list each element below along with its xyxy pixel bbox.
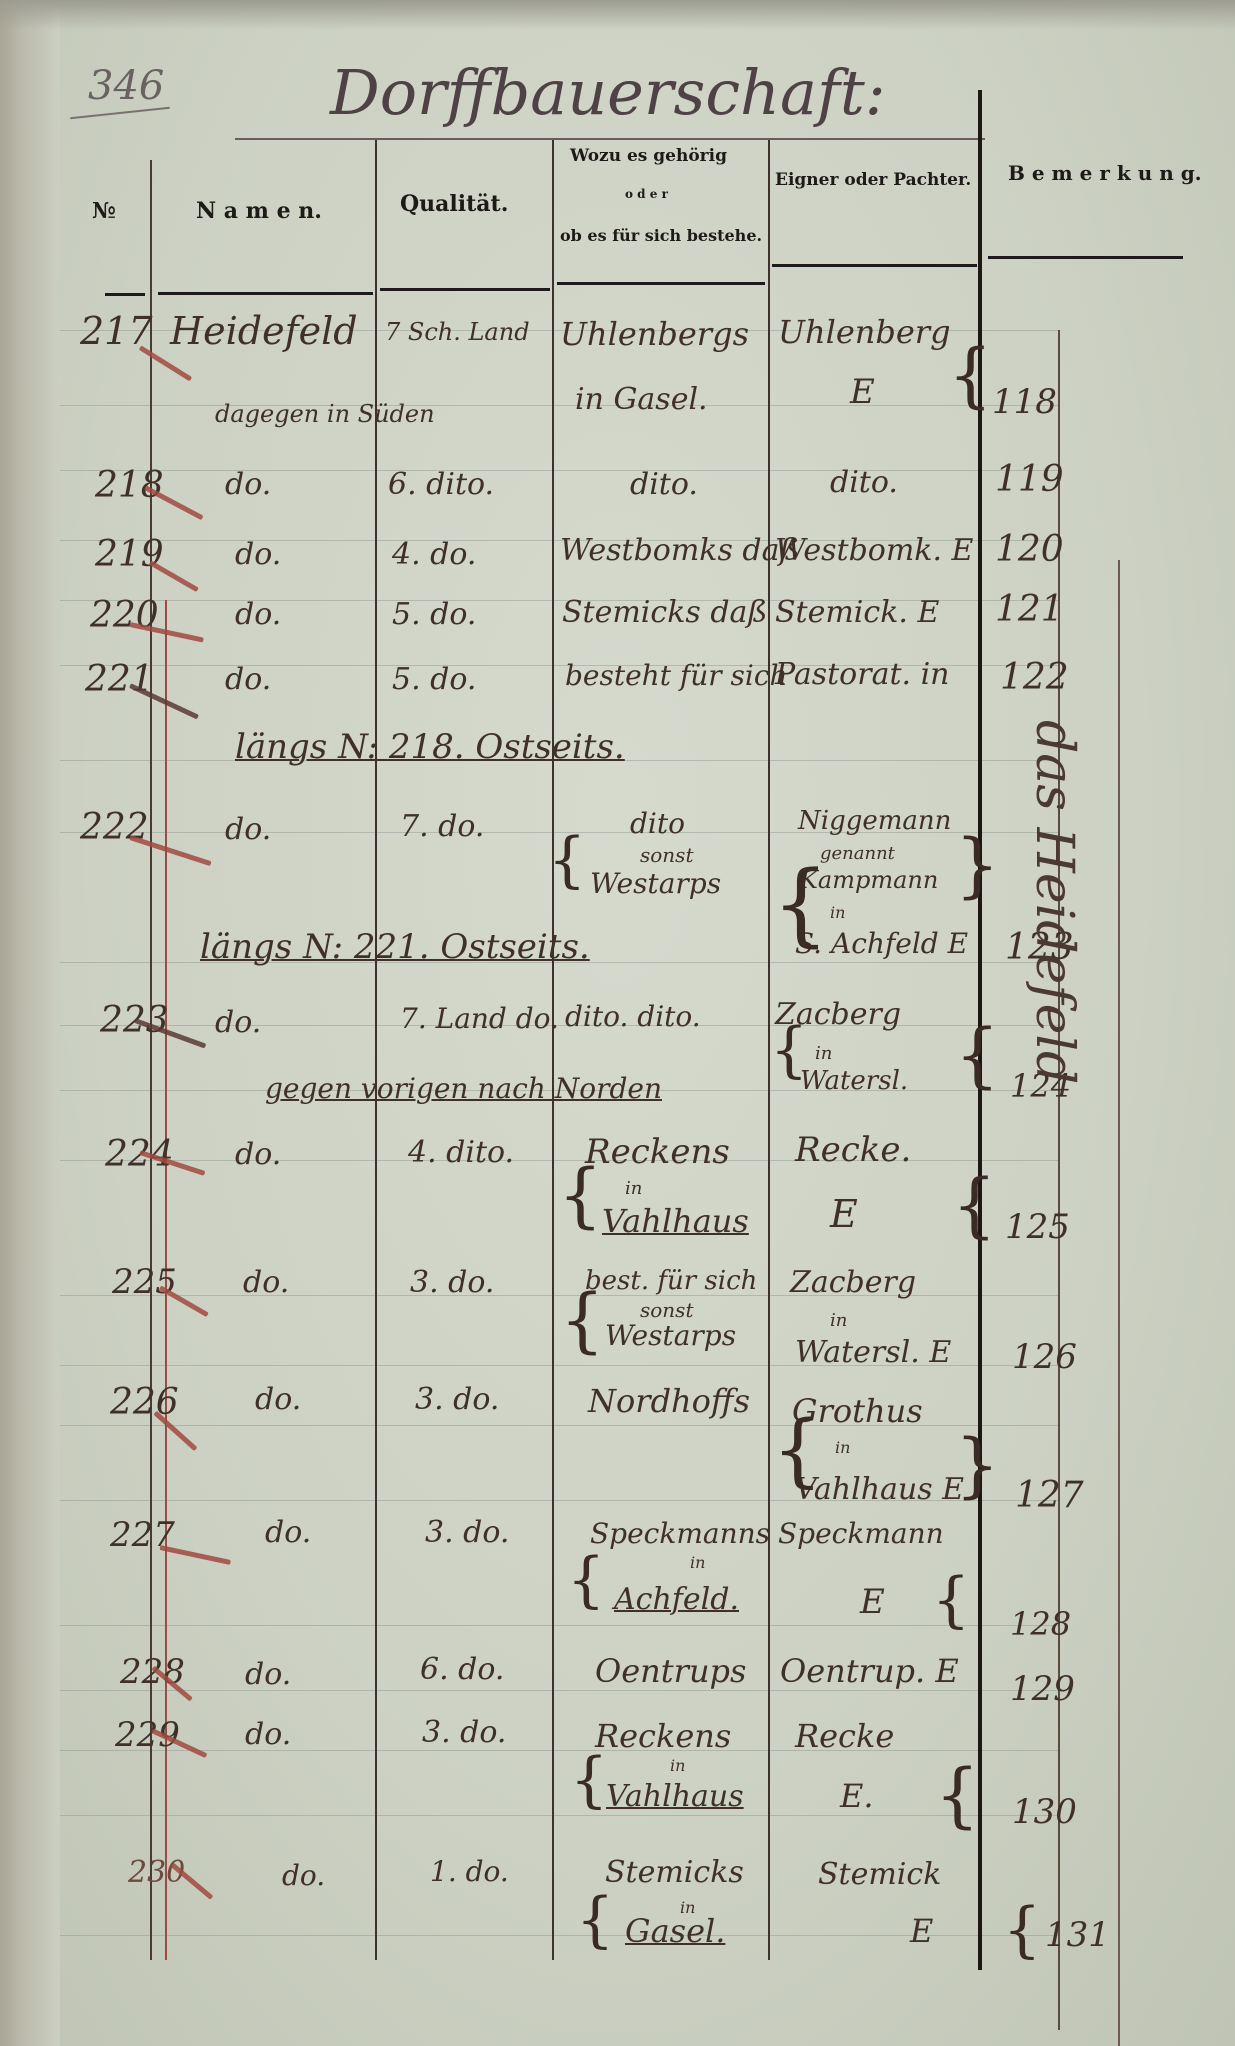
row-owner: Uhlenberg xyxy=(778,316,951,348)
brace: } xyxy=(955,830,1000,900)
row-remark: 119 xyxy=(995,462,1064,498)
row-belongs: best. für sich xyxy=(585,1268,757,1294)
row-belongs: Nordhoffs xyxy=(588,1385,750,1417)
header-rule xyxy=(557,282,765,285)
row-owner: Oentrup. E xyxy=(780,1655,959,1687)
row-remark: 127 xyxy=(1015,1478,1084,1514)
brace: { xyxy=(948,340,993,410)
ruled-line xyxy=(60,1815,1060,1816)
row-remark: 129 xyxy=(1010,1672,1075,1706)
row-belongs: Uhlenbergs xyxy=(560,318,749,350)
row-owner: Pastorat. in xyxy=(775,660,950,690)
row-owner-line2: E xyxy=(860,1585,885,1619)
red-check-mark xyxy=(149,560,199,592)
row-remark: 131 xyxy=(1045,1918,1110,1952)
row-number: 230 xyxy=(128,1858,185,1888)
red-check-mark xyxy=(129,835,211,866)
row-quality: 3. do. xyxy=(425,1518,509,1548)
row-name: do. xyxy=(255,1385,301,1415)
row-remark: 126 xyxy=(1012,1340,1077,1374)
header-col-name: N a m e n. xyxy=(196,200,322,222)
ledger-page: 346 Dorffbauerschaft: № N a m e n. Quali… xyxy=(0,0,1235,2046)
row-belongs: dito xyxy=(630,810,685,838)
ruled-line xyxy=(60,1625,1060,1626)
row-owner-line2: E. xyxy=(840,1780,874,1812)
header-rule xyxy=(105,293,145,296)
row-owner: Recke xyxy=(795,1720,894,1752)
row-belongs-line2: in xyxy=(690,1555,705,1571)
row-owner: Zacberg xyxy=(790,1268,916,1298)
row-belongs-line3: Westarps xyxy=(605,1322,736,1350)
row-belongs: Reckens xyxy=(595,1720,731,1752)
ruled-line xyxy=(60,470,1060,471)
row-owner-line3: Watersl. E xyxy=(795,1338,951,1368)
brace: { xyxy=(570,1750,608,1810)
row-belongs-line3: Vahlhaus xyxy=(602,1205,749,1237)
header-col-belongs-line3: ob es für sich bestehe. xyxy=(560,228,762,244)
row-belongs-line2: in xyxy=(670,1758,685,1774)
row-name: do. xyxy=(235,540,281,570)
row-quality: 5. do. xyxy=(392,665,476,695)
row-remark: 121 xyxy=(995,592,1064,628)
header-col-owner: Eigner oder Pachter. xyxy=(775,172,971,189)
title-underline xyxy=(235,138,985,140)
row-belongs-line2: in xyxy=(625,1180,642,1198)
brace: { xyxy=(567,1550,605,1610)
brace: { xyxy=(548,830,586,890)
row-belongs: dito. xyxy=(630,470,698,500)
row-owner-line2: E xyxy=(850,375,875,409)
row-belongs: dito. dito. xyxy=(565,1003,701,1031)
section-note: längs N: 218. Ostseits. xyxy=(235,730,625,764)
row-owner-line2: E xyxy=(830,1195,858,1233)
row-owner-line2: in xyxy=(835,1440,850,1456)
header-col-belongs-line2: o d e r xyxy=(625,188,668,200)
row-owner-line3: Watersl. xyxy=(800,1068,908,1094)
header-col-remark: B e m e r k u n g. xyxy=(1008,163,1202,183)
brace: { xyxy=(935,1760,980,1830)
row-quality: 7 Sch. Land xyxy=(385,320,530,344)
row-owner: Stemick. E xyxy=(775,598,939,628)
row-name: do. xyxy=(225,665,271,695)
row-quality: 7. Land do. xyxy=(400,1005,559,1033)
row-belongs: Oentrups xyxy=(595,1655,746,1687)
row-quality: 3. do. xyxy=(422,1718,506,1748)
row-owner-line2: genannt xyxy=(820,845,895,863)
column-divider-quality xyxy=(552,140,554,1960)
row-quality: 5. do. xyxy=(392,600,476,630)
brace: { xyxy=(576,1890,614,1950)
brace: { xyxy=(558,1160,603,1230)
header-col-quality: Qualität. xyxy=(400,193,508,215)
row-name: Heidefeld xyxy=(170,312,358,350)
brace: { xyxy=(1003,1900,1041,1960)
row-owner: Speckmann xyxy=(778,1520,944,1548)
brace: { xyxy=(932,1570,970,1630)
ruled-line xyxy=(60,1690,1060,1691)
row-name: do. xyxy=(225,470,271,500)
row-number: 226 xyxy=(110,1385,179,1421)
row-quality: 6. dito. xyxy=(388,470,494,500)
row-owner: Stemick xyxy=(818,1860,941,1890)
row-name: do. xyxy=(245,1660,291,1690)
header-rule xyxy=(380,288,550,291)
header-rule xyxy=(988,256,1183,259)
row-name: do. xyxy=(235,1140,281,1170)
row-owner-line4: in xyxy=(830,905,845,921)
brace: { xyxy=(772,1410,823,1490)
remark-inner-rule xyxy=(1058,330,1060,2030)
row-quality: 1. do. xyxy=(430,1858,509,1886)
row-belongs-line2: sonst xyxy=(640,845,694,865)
ruled-line xyxy=(60,1750,1060,1751)
margin-note-rule xyxy=(1118,560,1120,2046)
brace: } xyxy=(955,1430,1000,1500)
row-owner-line2: in xyxy=(815,1045,832,1063)
row-belongs-line3: Achfeld. xyxy=(614,1585,739,1615)
row-belongs: Stemicks daß xyxy=(562,598,767,628)
row-remark: 120 xyxy=(995,532,1064,568)
row-number: 217 xyxy=(80,312,153,350)
row-belongs-line2: in Gasel. xyxy=(575,385,708,415)
row-name: do. xyxy=(235,600,281,630)
row-quality: 3. do. xyxy=(415,1385,499,1415)
row-name: do. xyxy=(245,1720,291,1750)
row-name: do. xyxy=(282,1862,325,1890)
brace: { xyxy=(952,1170,997,1240)
row-name: do. xyxy=(265,1518,311,1548)
row-remark: 128 xyxy=(1010,1608,1071,1640)
ruled-line xyxy=(60,405,1060,406)
row-owner: Westbomk. E xyxy=(775,536,973,566)
ruled-line xyxy=(60,1025,1060,1026)
row-belongs-line3: Vahlhaus xyxy=(606,1782,744,1812)
header-col-belongs-line1: Wozu es gehörig xyxy=(570,148,727,165)
margin-note-vertical: das Heidefeld xyxy=(1028,720,1080,1084)
row-owner: Recke. xyxy=(795,1133,911,1167)
row-owner: dito. xyxy=(830,468,898,498)
row-belongs-line3: Gasel. xyxy=(625,1915,725,1947)
section-note: gegen vorigen nach Norden xyxy=(265,1075,662,1103)
section-note: längs N: 221. Ostseits. xyxy=(200,930,590,964)
row-quality: 4. do. xyxy=(392,540,476,570)
brace: { xyxy=(772,860,829,950)
row-remark: 122 xyxy=(1000,660,1069,696)
row-quality: 3. do. xyxy=(410,1268,494,1298)
row-belongs: Speckmanns xyxy=(590,1520,770,1548)
row-name: do. xyxy=(243,1268,289,1298)
row-belongs: Stemicks xyxy=(605,1858,744,1888)
header-rule xyxy=(772,264,977,267)
row-remark: 125 xyxy=(1005,1210,1070,1244)
row-belongs: Reckens xyxy=(585,1135,730,1169)
row-owner: Niggemann xyxy=(798,808,951,834)
header-rule xyxy=(158,292,373,295)
row-belongs-line2: sonst xyxy=(640,1300,694,1320)
row-quality: 6. do. xyxy=(420,1655,504,1685)
row-belongs-line3: Westarps xyxy=(590,870,721,898)
brace: { xyxy=(560,1285,605,1355)
row-owner-line2: E xyxy=(910,1915,933,1947)
row-belongs: besteht für sich xyxy=(565,662,788,690)
row-name: do. xyxy=(215,1008,261,1038)
page-number: 346 xyxy=(88,66,164,106)
row-name: do. xyxy=(225,815,271,845)
page-top-shadow xyxy=(0,0,1235,30)
row-quality: 7. do. xyxy=(400,812,484,842)
brace: { xyxy=(770,1020,808,1080)
book-binding-edge xyxy=(0,0,60,2046)
row-number: 218 xyxy=(95,468,164,504)
row-remark: 118 xyxy=(992,385,1057,419)
brace: { xyxy=(955,1020,1000,1090)
row-belongs: Westbomks daß xyxy=(560,536,800,566)
page-title: Dorffbauerschaft: xyxy=(330,62,886,124)
row-quality: 4. dito. xyxy=(408,1138,514,1168)
row-owner-line2: in xyxy=(830,1312,847,1330)
check-mark xyxy=(129,683,199,719)
header-col-no: № xyxy=(92,200,116,222)
row-remark: 130 xyxy=(1012,1795,1077,1829)
row-note: dagegen in Süden xyxy=(215,402,435,426)
row-number: 229 xyxy=(115,1718,180,1752)
